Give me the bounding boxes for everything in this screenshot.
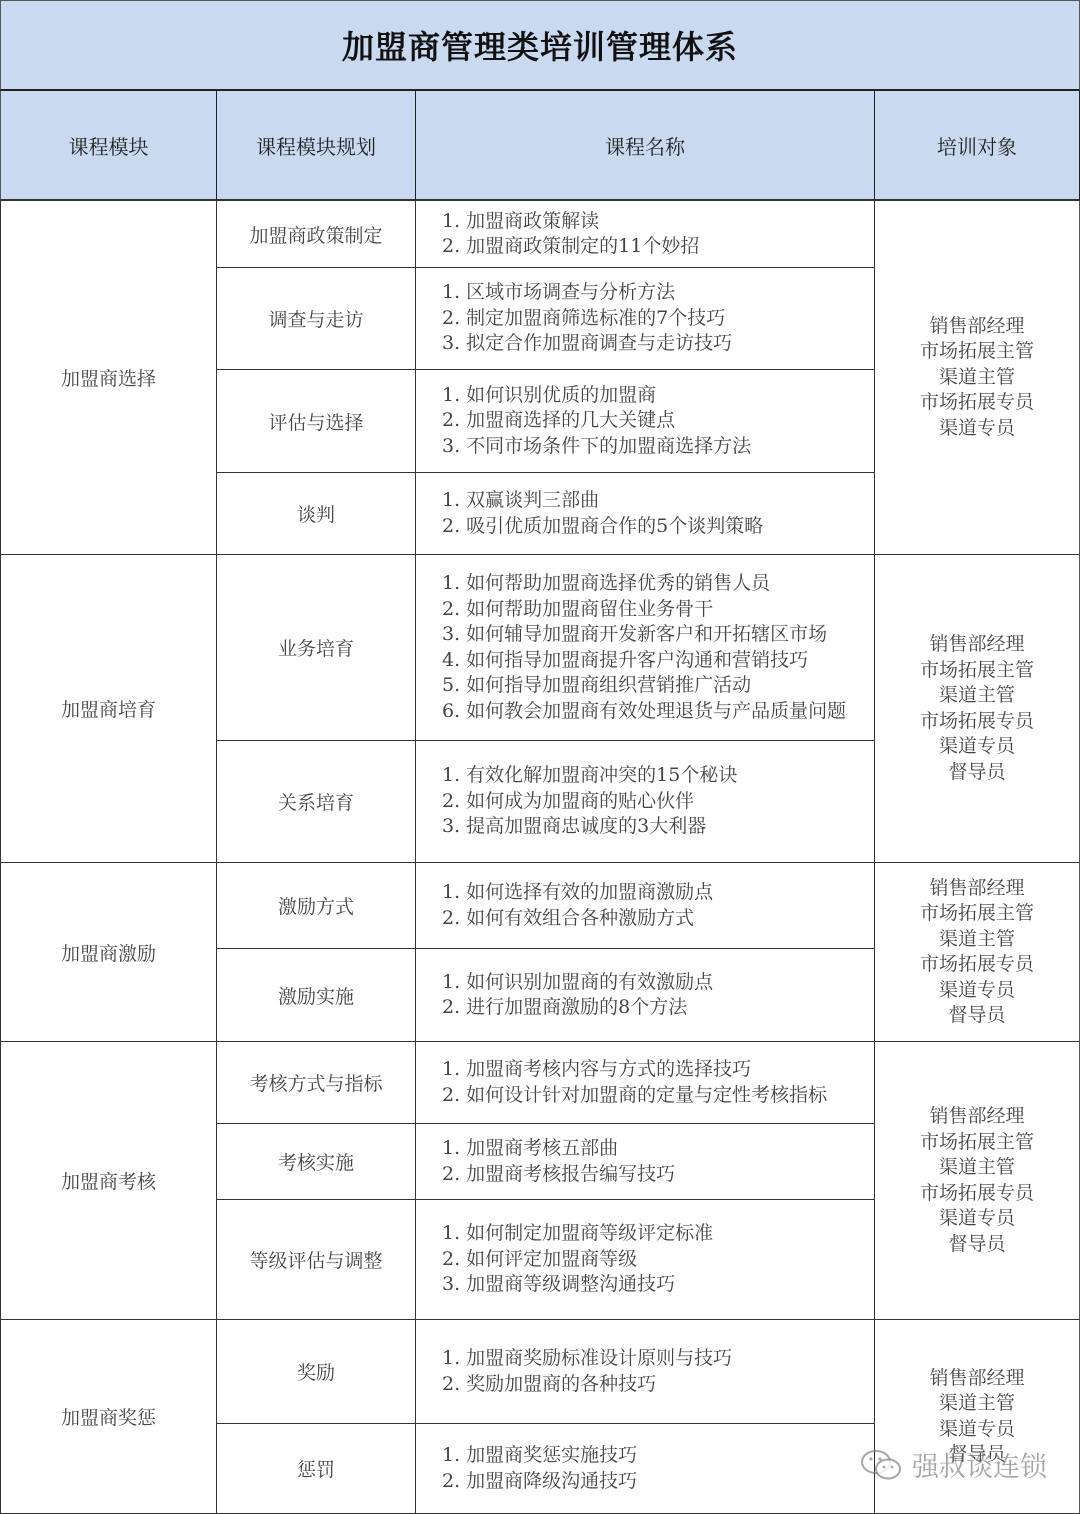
target-role: 销售部经理 xyxy=(929,1104,1024,1130)
course-list: 1. 双赢谈判三部曲2. 吸引优质加盟商合作的5个谈判策略 xyxy=(442,488,763,539)
module-label: 加盟商选择 xyxy=(61,364,156,391)
course-item: 2. 如何有效组合各种激励方式 xyxy=(442,906,713,932)
course-item: 1. 如何帮助加盟商选择优秀的销售人员 xyxy=(442,571,846,597)
watermark-text: 强叔谈连锁 xyxy=(912,1445,1047,1484)
target-role: 渠道主管 xyxy=(939,1391,1015,1417)
course-item: 2. 加盟商降级沟通技巧 xyxy=(442,1469,637,1495)
course-cell: 1. 如何识别优质的加盟商2. 加盟商选择的几大关键点3. 不同市场条件下的加盟… xyxy=(416,370,875,473)
course-item: 5. 如何指导加盟商组织营销推广活动 xyxy=(442,673,846,699)
module-cell: 加盟商选择 xyxy=(0,201,217,555)
plan-cell: 考核方式与指标 xyxy=(217,1042,416,1124)
course-item: 2. 如何帮助加盟商留住业务骨干 xyxy=(442,597,846,623)
course-item: 1. 加盟商奖励标准设计原则与技巧 xyxy=(442,1346,732,1372)
target-cell: 销售部经理渠道主管渠道专员督导员 xyxy=(875,1320,1080,1514)
wechat-icon xyxy=(860,1448,904,1482)
target-role: 市场拓展主管 xyxy=(920,901,1034,927)
plan-label: 激励实施 xyxy=(278,982,354,1009)
course-list: 1. 加盟商奖励标准设计原则与技巧2. 奖励加盟商的各种技巧 xyxy=(442,1346,732,1397)
course-item: 3. 拟定合作加盟商调查与走访技巧 xyxy=(442,331,732,357)
module-label: 加盟商激励 xyxy=(61,939,156,966)
target-role: 市场拓展主管 xyxy=(920,339,1034,365)
course-cell: 1. 加盟商考核内容与方式的选择技巧2. 如何设计针对加盟商的定量与定性考核指标 xyxy=(416,1042,875,1124)
target-role: 督导员 xyxy=(948,1232,1005,1258)
target-role: 渠道主管 xyxy=(939,683,1015,709)
training-system-table: 加盟商管理类培训管理体系 课程模块 课程模块规划 课程名称 培训对象 加盟商选择… xyxy=(0,0,1080,1514)
course-item: 6. 如何教会加盟商有效处理退货与产品质量问题 xyxy=(442,699,846,725)
course-item: 1. 加盟商考核五部曲 xyxy=(442,1136,675,1162)
module-label: 加盟商培育 xyxy=(61,695,156,722)
target-role: 渠道专员 xyxy=(939,416,1015,442)
course-list: 1. 加盟商政策解读2. 加盟商政策制定的11个妙招 xyxy=(442,209,699,260)
course-list: 1. 如何帮助加盟商选择优秀的销售人员2. 如何帮助加盟商留住业务骨干3. 如何… xyxy=(442,571,846,724)
target-cell: 销售部经理市场拓展主管渠道主管市场拓展专员渠道专员督导员 xyxy=(875,555,1080,863)
course-item: 2. 加盟商政策制定的11个妙招 xyxy=(442,234,699,260)
course-item: 2. 制定加盟商筛选标准的7个技巧 xyxy=(442,306,732,332)
course-list: 1. 有效化解加盟商冲突的15个秘诀2. 如何成为加盟商的贴心伙伴3. 提高加盟… xyxy=(442,763,737,840)
target-cell: 销售部经理市场拓展主管渠道主管市场拓展专员渠道专员督导员 xyxy=(875,863,1080,1042)
target-role: 渠道主管 xyxy=(939,927,1015,953)
module-label: 加盟商奖惩 xyxy=(61,1403,156,1430)
header-plan: 课程模块规划 xyxy=(217,91,416,201)
target-role: 市场拓展专员 xyxy=(920,1181,1034,1207)
course-item: 3. 提高加盟商忠诚度的3大利器 xyxy=(442,814,737,840)
course-cell: 1. 加盟商考核五部曲2. 加盟商考核报告编写技巧 xyxy=(416,1124,875,1200)
plan-cell: 激励方式 xyxy=(217,863,416,949)
plan-label: 考核方式与指标 xyxy=(249,1069,382,1096)
course-item: 1. 加盟商考核内容与方式的选择技巧 xyxy=(442,1057,827,1083)
target-cell: 销售部经理市场拓展主管渠道主管市场拓展专员渠道专员 xyxy=(875,201,1080,555)
plan-label: 业务培育 xyxy=(278,634,354,661)
course-cell: 1. 有效化解加盟商冲突的15个秘诀2. 如何成为加盟商的贴心伙伴3. 提高加盟… xyxy=(416,741,875,863)
course-cell: 1. 加盟商奖惩实施技巧2. 加盟商降级沟通技巧 xyxy=(416,1424,875,1514)
table-title: 加盟商管理类培训管理体系 xyxy=(342,22,738,68)
target-role: 督导员 xyxy=(948,760,1005,786)
module-cell: 加盟商激励 xyxy=(0,863,217,1042)
course-cell: 1. 区域市场调查与分析方法2. 制定加盟商筛选标准的7个技巧3. 拟定合作加盟… xyxy=(416,268,875,370)
course-item: 1. 如何制定加盟商等级评定标准 xyxy=(442,1221,713,1247)
plan-label: 等级评估与调整 xyxy=(249,1246,382,1273)
target-role: 渠道专员 xyxy=(939,978,1015,1004)
plan-cell: 奖励 xyxy=(217,1320,416,1424)
target-role: 销售部经理 xyxy=(929,876,1024,902)
course-item: 1. 如何识别优质的加盟商 xyxy=(442,383,751,409)
target-role: 市场拓展主管 xyxy=(920,1130,1034,1156)
target-list: 销售部经理市场拓展主管渠道主管市场拓展专员渠道专员督导员 xyxy=(920,1104,1034,1257)
target-role: 渠道主管 xyxy=(939,365,1015,391)
course-cell: 1. 如何选择有效的加盟商激励点2. 如何有效组合各种激励方式 xyxy=(416,863,875,949)
plan-cell: 惩罚 xyxy=(217,1424,416,1514)
course-item: 2. 如何设计针对加盟商的定量与定性考核指标 xyxy=(442,1083,827,1109)
course-item: 2. 如何成为加盟商的贴心伙伴 xyxy=(442,789,737,815)
target-role: 渠道专员 xyxy=(939,734,1015,760)
course-list: 1. 区域市场调查与分析方法2. 制定加盟商筛选标准的7个技巧3. 拟定合作加盟… xyxy=(442,280,732,357)
plan-cell: 激励实施 xyxy=(217,949,416,1042)
target-role: 市场拓展专员 xyxy=(920,952,1034,978)
plan-cell: 关系培育 xyxy=(217,741,416,863)
module-cell: 加盟商培育 xyxy=(0,555,217,863)
course-item: 2. 加盟商考核报告编写技巧 xyxy=(442,1162,675,1188)
target-role: 渠道专员 xyxy=(939,1206,1015,1232)
module-cell: 加盟商考核 xyxy=(0,1042,217,1320)
plan-cell: 加盟商政策制定 xyxy=(217,201,416,268)
course-item: 2. 吸引优质加盟商合作的5个谈判策略 xyxy=(442,514,763,540)
module-cell: 加盟商奖惩 xyxy=(0,1320,217,1514)
course-list: 1. 加盟商考核五部曲2. 加盟商考核报告编写技巧 xyxy=(442,1136,675,1187)
course-item: 1. 加盟商奖惩实施技巧 xyxy=(442,1443,637,1469)
plan-label: 关系培育 xyxy=(278,788,354,815)
course-item: 4. 如何指导加盟商提升客户沟通和营销技巧 xyxy=(442,648,846,674)
plan-label: 考核实施 xyxy=(278,1148,354,1175)
target-role: 销售部经理 xyxy=(929,314,1024,340)
course-item: 1. 区域市场调查与分析方法 xyxy=(442,280,732,306)
target-role: 销售部经理 xyxy=(929,632,1024,658)
course-list: 1. 加盟商考核内容与方式的选择技巧2. 如何设计针对加盟商的定量与定性考核指标 xyxy=(442,1057,827,1108)
plan-cell: 评估与选择 xyxy=(217,370,416,473)
course-item: 2. 如何评定加盟商等级 xyxy=(442,1247,713,1273)
course-item: 2. 奖励加盟商的各种技巧 xyxy=(442,1372,732,1398)
course-item: 1. 如何识别加盟商的有效激励点 xyxy=(442,970,713,996)
plan-label: 评估与选择 xyxy=(268,408,363,435)
target-role: 督导员 xyxy=(948,1003,1005,1029)
course-list: 1. 如何选择有效的加盟商激励点2. 如何有效组合各种激励方式 xyxy=(442,880,713,931)
plan-label: 惩罚 xyxy=(297,1455,335,1482)
course-list: 1. 加盟商奖惩实施技巧2. 加盟商降级沟通技巧 xyxy=(442,1443,637,1494)
target-role: 销售部经理 xyxy=(929,1366,1024,1392)
course-cell: 1. 双赢谈判三部曲2. 吸引优质加盟商合作的5个谈判策略 xyxy=(416,473,875,555)
course-cell: 1. 如何识别加盟商的有效激励点2. 进行加盟商激励的8个方法 xyxy=(416,949,875,1042)
course-item: 2. 进行加盟商激励的8个方法 xyxy=(442,995,713,1021)
course-item: 1. 如何选择有效的加盟商激励点 xyxy=(442,880,713,906)
table-title-band: 加盟商管理类培训管理体系 xyxy=(0,0,1080,91)
plan-label: 奖励 xyxy=(297,1358,335,1385)
course-list: 1. 如何制定加盟商等级评定标准2. 如何评定加盟商等级3. 加盟商等级调整沟通… xyxy=(442,1221,713,1298)
plan-cell: 调查与走访 xyxy=(217,268,416,370)
watermark: 强叔谈连锁 xyxy=(860,1445,1047,1484)
course-list: 1. 如何识别加盟商的有效激励点2. 进行加盟商激励的8个方法 xyxy=(442,970,713,1021)
course-cell: 1. 加盟商奖励标准设计原则与技巧2. 奖励加盟商的各种技巧 xyxy=(416,1320,875,1424)
plan-cell: 业务培育 xyxy=(217,555,416,741)
plan-cell: 等级评估与调整 xyxy=(217,1200,416,1320)
course-cell: 1. 如何帮助加盟商选择优秀的销售人员2. 如何帮助加盟商留住业务骨干3. 如何… xyxy=(416,555,875,741)
plan-label: 加盟商政策制定 xyxy=(249,221,382,248)
course-item: 1. 加盟商政策解读 xyxy=(442,209,699,235)
course-item: 3. 不同市场条件下的加盟商选择方法 xyxy=(442,434,751,460)
course-cell: 1. 加盟商政策解读2. 加盟商政策制定的11个妙招 xyxy=(416,201,875,268)
header-module: 课程模块 xyxy=(0,91,217,201)
plan-cell: 谈判 xyxy=(217,473,416,555)
module-label: 加盟商考核 xyxy=(61,1167,156,1194)
plan-label: 谈判 xyxy=(297,500,335,527)
header-course: 课程名称 xyxy=(416,91,875,201)
target-list: 销售部经理市场拓展主管渠道主管市场拓展专员渠道专员督导员 xyxy=(920,632,1034,785)
target-role: 渠道专员 xyxy=(939,1417,1015,1443)
course-item: 1. 双赢谈判三部曲 xyxy=(442,488,763,514)
course-item: 3. 加盟商等级调整沟通技巧 xyxy=(442,1272,713,1298)
target-cell: 销售部经理市场拓展主管渠道主管市场拓展专员渠道专员督导员 xyxy=(875,1042,1080,1320)
plan-label: 调查与走访 xyxy=(268,305,363,332)
target-list: 销售部经理市场拓展主管渠道主管市场拓展专员渠道专员督导员 xyxy=(920,876,1034,1029)
course-list: 1. 如何识别优质的加盟商2. 加盟商选择的几大关键点3. 不同市场条件下的加盟… xyxy=(442,383,751,460)
target-role: 市场拓展专员 xyxy=(920,390,1034,416)
header-target: 培训对象 xyxy=(875,91,1080,201)
course-item: 3. 如何辅导加盟商开发新客户和开拓辖区市场 xyxy=(442,622,846,648)
target-list: 销售部经理市场拓展主管渠道主管市场拓展专员渠道专员 xyxy=(920,314,1034,442)
plan-label: 激励方式 xyxy=(278,892,354,919)
target-role: 市场拓展主管 xyxy=(920,658,1034,684)
target-role: 市场拓展专员 xyxy=(920,709,1034,735)
plan-cell: 考核实施 xyxy=(217,1124,416,1200)
target-role: 渠道主管 xyxy=(939,1155,1015,1181)
course-item: 1. 有效化解加盟商冲突的15个秘诀 xyxy=(442,763,737,789)
course-cell: 1. 如何制定加盟商等级评定标准2. 如何评定加盟商等级3. 加盟商等级调整沟通… xyxy=(416,1200,875,1320)
course-item: 2. 加盟商选择的几大关键点 xyxy=(442,408,751,434)
